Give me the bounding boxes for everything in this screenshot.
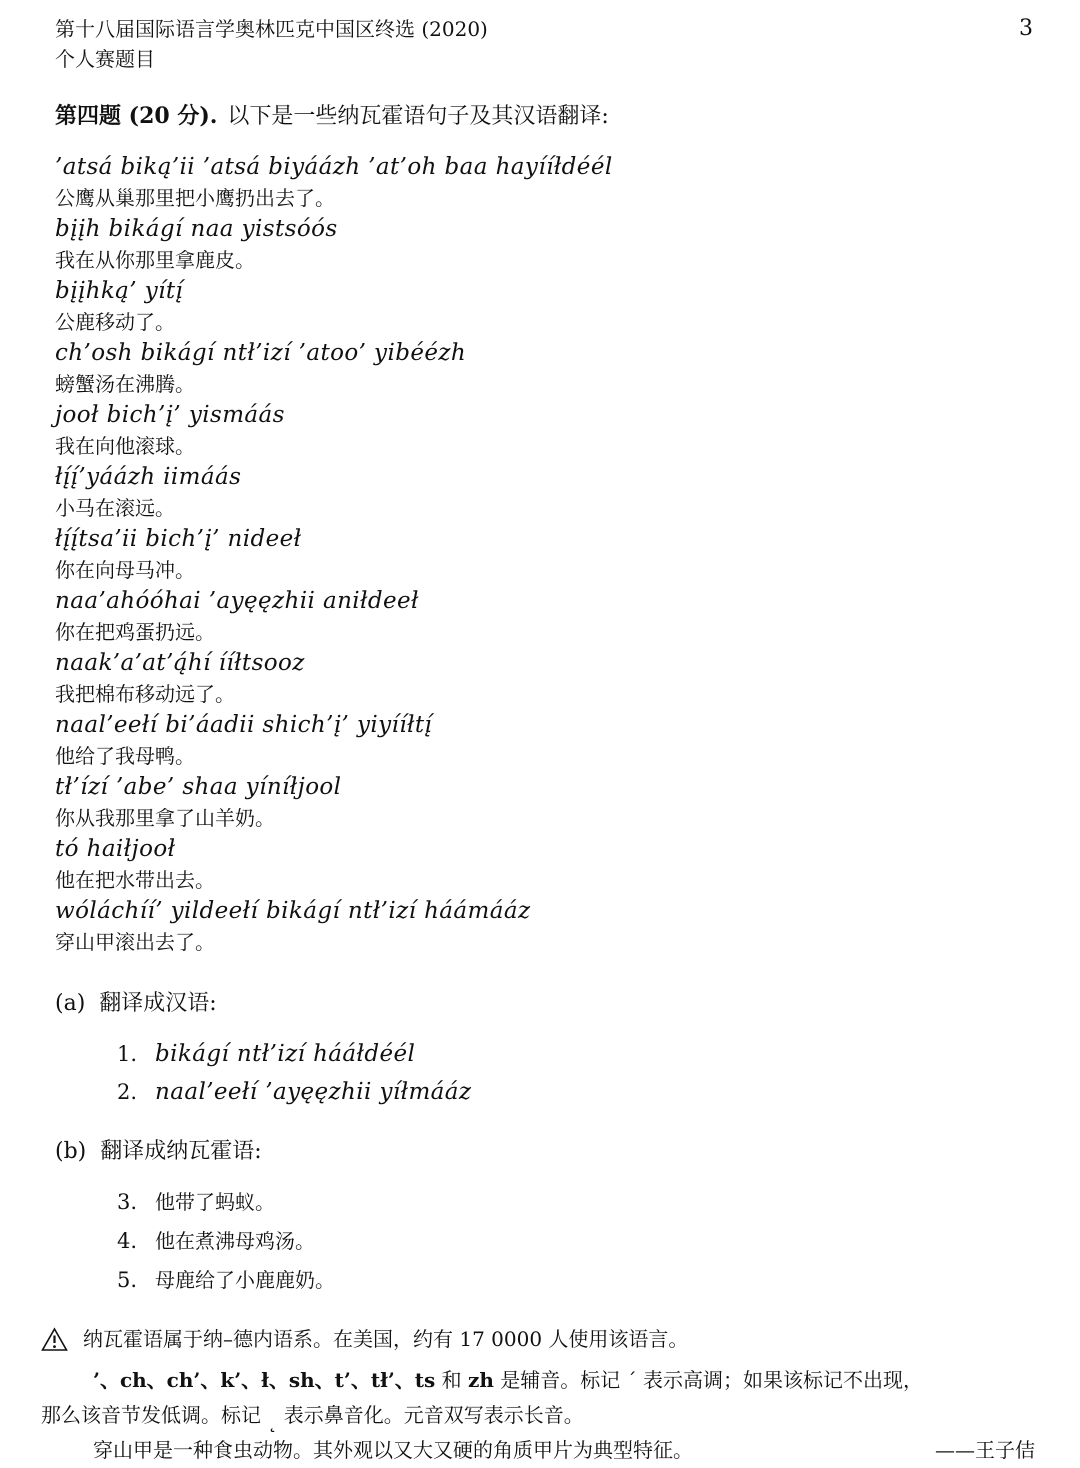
navajo-sentence: ’atsá biką’ii ’atsá biyáázh ’at’oh baa h… — [55, 151, 1035, 183]
contest-subtitle: 个人赛题目 — [55, 44, 488, 74]
footnote-line-1: 纳瓦霍语属于纳–德内语系。在美国，约有 17 0000 人使用该语言。 — [41, 1322, 1035, 1363]
sentence-pair: łį́į́’yáázh iimáás 小马在滚远。 — [55, 461, 1035, 523]
consonant-zh: zh — [468, 1368, 494, 1392]
sentence-pair: bįįhką’ yítį́ 公鹿移动了。 — [55, 275, 1035, 337]
header-title-block: 第十八届国际语言学奥林匹克中国区终选 (2020) 个人赛题目 — [55, 14, 488, 74]
footnote-text: 表示鼻音化。元音双写表示长音。 — [277, 1403, 583, 1427]
chinese-translation: 他给了我母鸭。 — [55, 741, 1035, 771]
item-number: 5. — [117, 1261, 155, 1300]
part-a-heading: (a)翻译成汉语: — [55, 987, 1035, 1021]
chinese-translation: 他在把水带出去。 — [55, 865, 1035, 895]
chinese-translation: 公鹰从巢那里把小鹰扔出去了。 — [55, 183, 1035, 213]
author-attribution: ——王子佶 — [935, 1433, 1035, 1468]
list-item: 2. naal’eełí ’ayęęzhii yíłmááz — [117, 1073, 1035, 1111]
footnote-block: 纳瓦霍语属于纳–德内语系。在美国，约有 17 0000 人使用该语言。 ’、ch… — [41, 1322, 1035, 1468]
chinese-translation: 穿山甲滚出去了。 — [55, 927, 1035, 957]
chinese-sentence: 他在煮沸母鸡汤。 — [155, 1222, 315, 1261]
contest-title: 第十八届国际语言学奥林匹克中国区终选 (2020) — [55, 14, 488, 44]
list-item: 4. 他在煮沸母鸡汤。 — [117, 1222, 1035, 1261]
navajo-sentence: naal’eełí bi’áadii shich’į’ yiyííłtį́ — [55, 709, 1035, 741]
list-item: 1. bikágí ntł’izí hááłdéél — [117, 1035, 1035, 1073]
part-b-heading: (b)翻译成纳瓦霍语: — [55, 1135, 1035, 1169]
footnote-line-3: 那么该音节发低调。标记 ˛ 表示鼻音化。元音双写表示长音。 — [41, 1398, 1035, 1433]
navajo-sentence: naal’eełí ’ayęęzhii yíłmááz — [155, 1073, 471, 1111]
sentence-pair: ch’osh bikágí ntł’izí ’atoo’ yibéézh 螃蟹汤… — [55, 337, 1035, 399]
sentence-pair: bįįh bikágí naa yistsóós 我在从你那里拿鹿皮。 — [55, 213, 1035, 275]
sentence-pair: naak’a’at’ą́hí ííłtsooz 我把棉布移动远了。 — [55, 647, 1035, 709]
part-b-items: 3. 他带了蚂蚁。 4. 他在煮沸母鸡汤。 5. 母鹿给了小鹿鹿奶。 — [117, 1183, 1035, 1300]
sentence-pair: wóláchíí’ yildeełí bikágí ntł’izí háámáá… — [55, 895, 1035, 957]
warning-triangle-icon — [41, 1327, 68, 1363]
navajo-sentence: tł’ízí ’abe’ shaa yíníłjool — [55, 771, 1035, 803]
part-a-instruction: 翻译成汉语: — [99, 991, 216, 1016]
footnote-text: 穿山甲是一种食虫动物。其外观以又大又硬的角质甲片为典型特征。 — [41, 1433, 693, 1468]
chinese-sentence: 他带了蚂蚁。 — [155, 1183, 275, 1222]
sentence-pair: tł’ízí ’abe’ shaa yíníłjool 你从我那里拿了山羊奶。 — [55, 771, 1035, 833]
part-a-items: 1. bikágí ntł’izí hááłdéél 2. naal’eełí … — [117, 1035, 1035, 1111]
item-number: 1. — [117, 1035, 155, 1073]
chinese-translation: 小马在滚远。 — [55, 493, 1035, 523]
navajo-sentence: bįįh bikágí naa yistsóós — [55, 213, 1035, 245]
navajo-sentence: bikágí ntł’izí hááłdéél — [155, 1035, 415, 1073]
part-b-instruction: 翻译成纳瓦霍语: — [100, 1139, 261, 1164]
navajo-sentence: tó haiłjooł — [55, 833, 1035, 865]
sentence-pair: jooł bich’į’ yismáás 我在向他滚球。 — [55, 399, 1035, 461]
navajo-sentence: łį́į́tsa’ii bich’į’ nideeł — [55, 523, 1035, 555]
part-b-label: (b) — [55, 1139, 86, 1164]
chinese-sentence: 母鹿给了小鹿鹿奶。 — [155, 1261, 335, 1300]
item-number: 3. — [117, 1183, 155, 1222]
list-item: 3. 他带了蚂蚁。 — [117, 1183, 1035, 1222]
sentence-pair: tó haiłjooł 他在把水带出去。 — [55, 833, 1035, 895]
sentence-pair: łį́į́tsa’ii bich’į’ nideeł 你在向母马冲。 — [55, 523, 1035, 585]
list-item: 5. 母鹿给了小鹿鹿奶。 — [117, 1261, 1035, 1300]
sentence-pair: naa’ahóóhai ’ayęęzhii aniłdeeł 你在把鸡蛋扔远。 — [55, 585, 1035, 647]
problem-number: 第四题 (20 分). — [55, 103, 217, 129]
part-a-label: (a) — [55, 991, 85, 1016]
footnote-text: 是辅音。标记 ´ 表示高调；如果该标记不出现， — [494, 1368, 923, 1392]
page-header: 第十八届国际语言学奥林匹克中国区终选 (2020) 个人赛题目 3 — [55, 14, 1035, 74]
navajo-sentence: naak’a’at’ą́hí ííłtsooz — [55, 647, 1035, 679]
problem-title: 第四题 (20 分).以下是一些纳瓦霍语句子及其汉语翻译: — [55, 100, 1035, 133]
footnote-text: 和 — [435, 1368, 468, 1392]
navajo-sentence: naa’ahóóhai ’ayęęzhii aniłdeeł — [55, 585, 1035, 617]
chinese-translation: 螃蟹汤在沸腾。 — [55, 369, 1035, 399]
ogonek-mark: ˛ — [267, 1404, 277, 1439]
footnote-text: 那么该音节发低调。标记 — [41, 1403, 267, 1427]
chinese-translation: 我在向他滚球。 — [55, 431, 1035, 461]
navajo-sentence: wóláchíí’ yildeełí bikágí ntł’izí háámáá… — [55, 895, 1035, 927]
item-number: 4. — [117, 1222, 155, 1261]
item-number: 2. — [117, 1073, 155, 1111]
chinese-translation: 你在向母马冲。 — [55, 555, 1035, 585]
consonant-list: ’、ch、ch’、k’、ł、sh、t’、tł’、ts — [93, 1368, 435, 1392]
footnote-line-4: 穿山甲是一种食虫动物。其外观以又大又硬的角质甲片为典型特征。 ——王子佶 — [41, 1433, 1035, 1468]
sentence-pairs: ’atsá biką’ii ’atsá biyáázh ’at’oh baa h… — [55, 151, 1035, 957]
part-a-section: (a)翻译成汉语: 1. bikágí ntł’izí hááłdéél 2. … — [55, 987, 1035, 1111]
chinese-translation: 我把棉布移动远了。 — [55, 679, 1035, 709]
sentence-pair: naal’eełí bi’áadii shich’į’ yiyííłtį́ 他给… — [55, 709, 1035, 771]
footnote-text: 纳瓦霍语属于纳–德内语系。在美国，约有 17 0000 人使用该语言。 — [83, 1322, 688, 1357]
sentence-pair: ’atsá biką’ii ’atsá biyáázh ’at’oh baa h… — [55, 151, 1035, 213]
navajo-sentence: bįįhką’ yítį́ — [55, 275, 1035, 307]
page-number: 3 — [1019, 14, 1035, 44]
part-b-section: (b)翻译成纳瓦霍语: 3. 他带了蚂蚁。 4. 他在煮沸母鸡汤。 5. 母鹿给… — [55, 1135, 1035, 1300]
exam-page: 第十八届国际语言学奥林匹克中国区终选 (2020) 个人赛题目 3 第四题 (2… — [0, 0, 1080, 1468]
navajo-sentence: łį́į́’yáázh iimáás — [55, 461, 1035, 493]
problem-intro: 以下是一些纳瓦霍语句子及其汉语翻译: — [227, 104, 608, 129]
chinese-translation: 我在从你那里拿鹿皮。 — [55, 245, 1035, 275]
chinese-translation: 你在把鸡蛋扔远。 — [55, 617, 1035, 647]
footnote-line-2: ’、ch、ch’、k’、ł、sh、t’、tł’、ts 和 zh 是辅音。标记 ´… — [41, 1363, 1035, 1398]
navajo-sentence: ch’osh bikágí ntł’izí ’atoo’ yibéézh — [55, 337, 1035, 369]
navajo-sentence: jooł bich’į’ yismáás — [55, 399, 1035, 431]
chinese-translation: 你从我那里拿了山羊奶。 — [55, 803, 1035, 833]
chinese-translation: 公鹿移动了。 — [55, 307, 1035, 337]
